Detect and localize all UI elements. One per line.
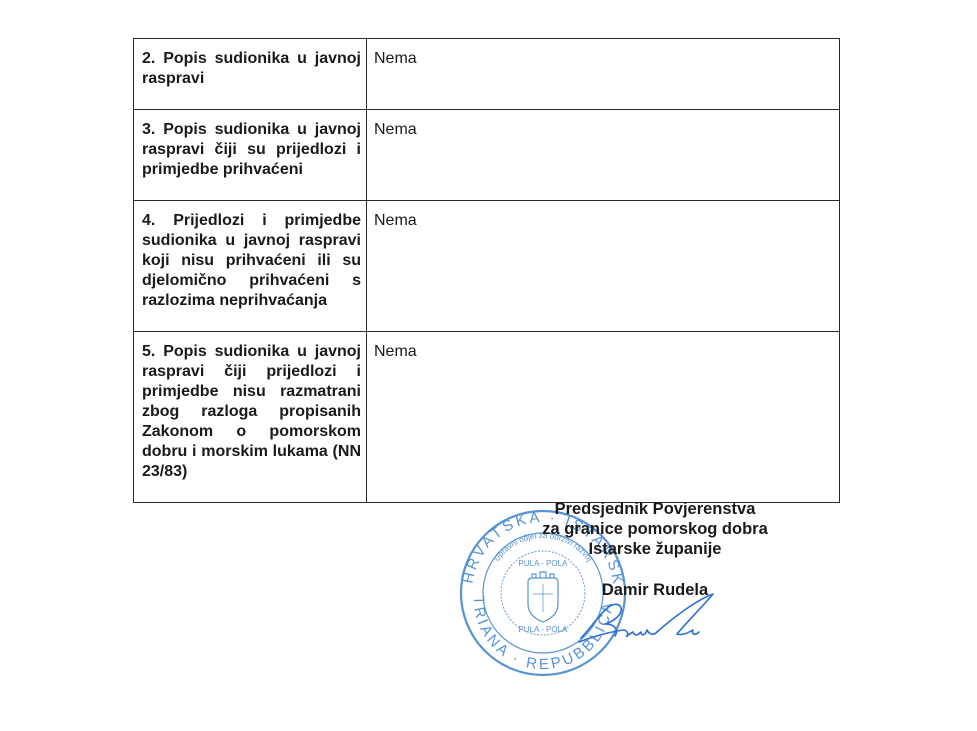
row-label: 4. Prijedlozi i primjedbe sudionika u ja… — [134, 201, 367, 332]
signatory-title-line-1: Predsjednik Povjerenstva — [500, 499, 810, 519]
handwritten-signature — [575, 590, 725, 650]
row-label: 5. Popis sudionika u javnoj raspravi čij… — [134, 332, 367, 503]
row-value: Nema — [367, 39, 840, 110]
signature-block: Predsjednik Povjerenstva za granice pomo… — [500, 499, 810, 600]
table-row: 2. Popis sudionika u javnoj raspravi Nem… — [134, 39, 840, 110]
row-label: 3. Popis sudionika u javnoj raspravi čij… — [134, 110, 367, 201]
participants-table: 2. Popis sudionika u javnoj raspravi Nem… — [133, 38, 840, 503]
row-value: Nema — [367, 332, 840, 503]
signatory-title-line-3: Istarske županije — [500, 539, 810, 559]
row-value: Nema — [367, 110, 840, 201]
table-row: 3. Popis sudionika u javnoj raspravi čij… — [134, 110, 840, 201]
table-row: 5. Popis sudionika u javnoj raspravi čij… — [134, 332, 840, 503]
row-label: 2. Popis sudionika u javnoj raspravi — [134, 39, 367, 110]
table-row: 4. Prijedlozi i primjedbe sudionika u ja… — [134, 201, 840, 332]
stamp-city-bottom: PULA - POLA — [519, 625, 569, 634]
row-value: Nema — [367, 201, 840, 332]
signatory-title-line-2: za granice pomorskog dobra — [500, 519, 810, 539]
